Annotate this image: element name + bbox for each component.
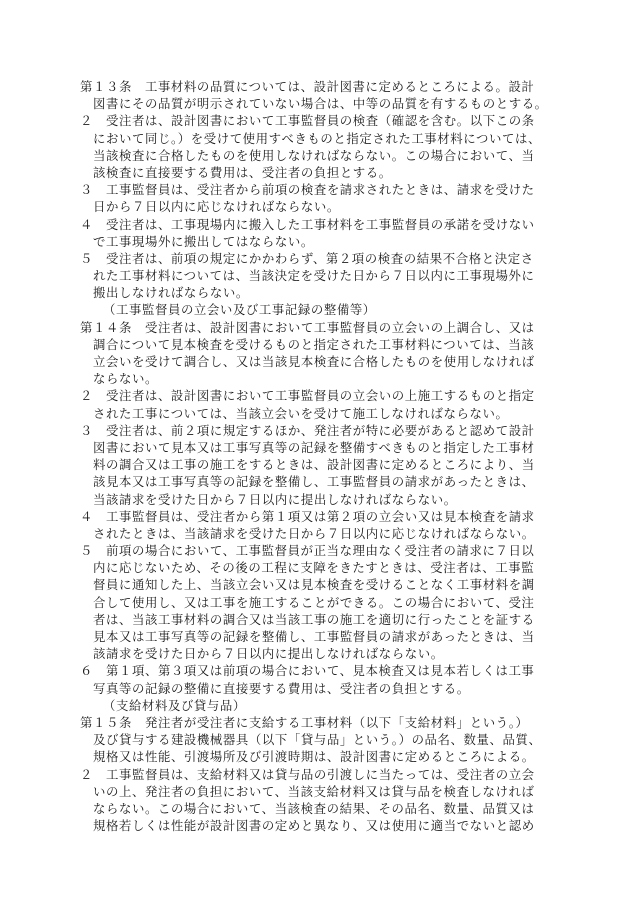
document-line: 第１３条 工事材料の品質については、設計図書に定めるところによる。設計 xyxy=(80,78,580,95)
document-line: ４ 受注者は、工事現場内に搬入した工事材料を工事監督員の承諾を受けない xyxy=(80,216,580,233)
document-line: ４ 工事監督員は、受注者から第１項又は第２項の立会い又は見本検査を請求 xyxy=(80,508,580,525)
document-line: されたときは、当該請求を受けた日から７日以内に応じなければならない。 xyxy=(80,525,580,542)
document-line: 図書にその品質が明示されていない場合は、中等の品質を有するものとする。 xyxy=(80,95,580,112)
document-line: 該請求を受けた日から７日以内に提出しなければならない。 xyxy=(80,645,580,662)
document-line: 立会いを受けて調合し、又は当該見本検査に合格したものを使用しなければ xyxy=(80,353,580,370)
document-line: ならない。 xyxy=(80,370,580,387)
document-line: ３ 工事監督員は、受注者から前項の検査を請求されたときは、請求を受けた xyxy=(80,181,580,198)
document-line: 規格若しくは性能が設計図書の定めと異なり、又は使用に適当でないと認め xyxy=(80,817,580,834)
document-line: 当該検査に合格したものを使用しなければならない。この場合において、当 xyxy=(80,147,580,164)
document-line: ６ 第１項、第３項又は前項の場合において、見本検査又は見本若しくは工事 xyxy=(80,662,580,679)
document-line: 日から７日以内に応じなければならない。 xyxy=(80,198,580,215)
document-line: ２ 工事監督員は、支給材料又は貸与品の引渡しに当たっては、受注者の立会 xyxy=(80,766,580,783)
document-line: ５ 前項の場合において、工事監督員が正当な理由なく受注者の請求に７日以 xyxy=(80,542,580,559)
document-line: 規格又は性能、引渡場所及び引渡時期は、設計図書に定めるところによる。 xyxy=(80,748,580,765)
document-line: 督員に通知した上、当該立会い又は見本検査を受けることなく工事材料を調 xyxy=(80,576,580,593)
document-line: 図書において見本又は工事写真等の記録を整備すべきものと指定した工事材 xyxy=(80,439,580,456)
document-line: 見本又は工事写真等の記録を整備し、工事監督員の請求があったときは、当 xyxy=(80,628,580,645)
document-line: 写真等の記録の整備に直接要する費用は、受注者の負担とする。 xyxy=(80,680,580,697)
document-line: ならない。この場合において、当該検査の結果、その品名、数量、品質又は xyxy=(80,800,580,817)
document-line: ３ 受注者は、前２項に規定するほか、発注者が特に必要があると認めて設計 xyxy=(80,422,580,439)
document-line: ５ 受注者は、前項の規定にかかわらず、第２項の検査の結果不合格と決定さ xyxy=(80,250,580,267)
document-line: された工事については、当該立会いを受けて施工しなければならない。 xyxy=(80,405,580,422)
document-line: （工事監督員の立会い及び工事記録の整備等） xyxy=(80,301,580,318)
document-line: 調合について見本検査を受けるものと指定された工事材料については、当該 xyxy=(80,336,580,353)
document-line: れた工事材料については、当該決定を受けた日から７日以内に工事現場外に xyxy=(80,267,580,284)
document-line: 当該請求を受けた日から７日以内に提出しなければならない。 xyxy=(80,491,580,508)
document-line: 合して使用し、又は工事を施工することができる。この場合において、受注 xyxy=(80,594,580,611)
document-line: 該検査に直接要する費用は、受注者の負担とする。 xyxy=(80,164,580,181)
document-line: （支給材料及び貸与品） xyxy=(80,697,580,714)
document-line: において同じ。）を受けて使用すべきものと指定された工事材料については、 xyxy=(80,130,580,147)
document-line: で工事現場外に搬出してはならない。 xyxy=(80,233,580,250)
document-line: いの上、発注者の負担において、当該支給材料又は貸与品を検査しなければ xyxy=(80,783,580,800)
document-line: 搬出しなければならない。 xyxy=(80,284,580,301)
document-page: 第１３条 工事材料の品質については、設計図書に定めるところによる。設計図書にその… xyxy=(80,78,580,834)
document-line: 者は、当該工事材料の調合又は当該工事の施工を適切に行ったことを証する xyxy=(80,611,580,628)
document-line: 内に応じないため、その後の工程に支障をきたすときは、受注者は、工事監 xyxy=(80,559,580,576)
document-line: 該見本又は工事写真等の記録を整備し、工事監督員の請求があったときは、 xyxy=(80,473,580,490)
document-line: 第１４条 受注者は、設計図書において工事監督員の立会いの上調合し、又は xyxy=(80,319,580,336)
document-line: 料の調合又は工事の施工をするときは、設計図書に定めるところにより、当 xyxy=(80,456,580,473)
document-line: 及び貸与する建設機械器具（以下「貸与品」という。）の品名、数量、品質、 xyxy=(80,731,580,748)
document-line: ２ 受注者は、設計図書において工事監督員の検査（確認を含む。以下この条 xyxy=(80,112,580,129)
document-line: 第１５条 発注者が受注者に支給する工事材料（以下「支給材料」という。） xyxy=(80,714,580,731)
document-line: ２ 受注者は、設計図書において工事監督員の立会いの上施工するものと指定 xyxy=(80,387,580,404)
